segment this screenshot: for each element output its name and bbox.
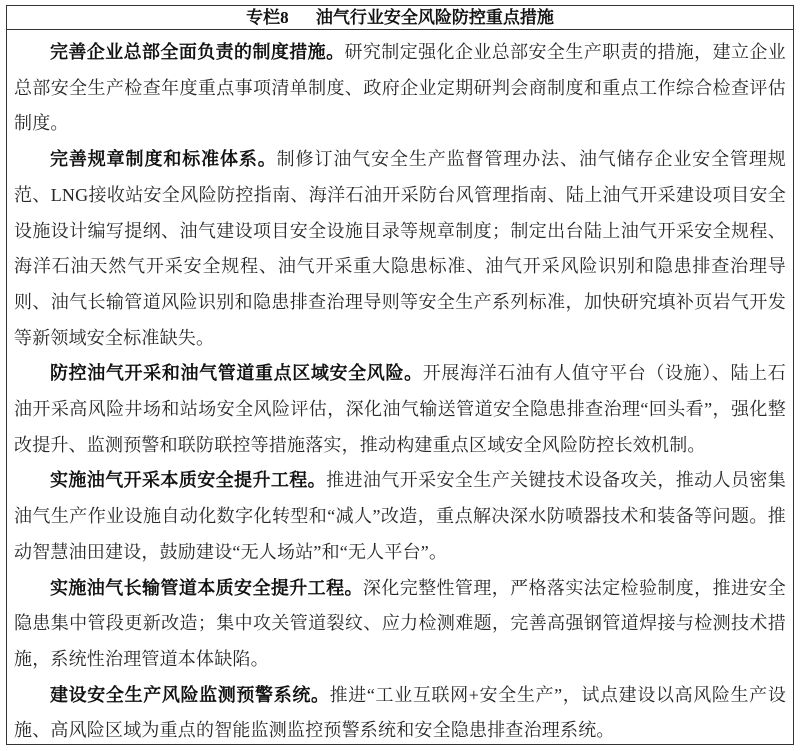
document-page: 专栏8油气行业安全风险防控重点措施 完善企业总部全面负责的制度措施。研究制定强化…	[0, 0, 800, 751]
paragraph: 防控油气开采和油气管道重点区域安全风险。开展海洋石油有人值守平台（设施）、陆上石…	[14, 356, 786, 463]
box-title-text: 油气行业安全风险防控重点措施	[316, 8, 554, 27]
paragraph-lead: 防控油气开采和油气管道重点区域安全风险。	[50, 363, 423, 383]
paragraph-lead: 实施油气开采本质安全提升工程。	[50, 470, 326, 490]
box-body: 完善企业总部全面负责的制度措施。研究制定强化企业总部安全生产职责的措施，建立企业…	[7, 30, 793, 744]
paragraph-lead: 完善企业总部全面负责的制度措施。	[50, 42, 344, 62]
paragraph: 完善企业总部全面负责的制度措施。研究制定强化企业总部安全生产职责的措施，建立企业…	[14, 35, 786, 142]
paragraph: 实施油气开采本质安全提升工程。推进油气开采安全生产关键技术设备攻关，推动人员密集…	[14, 463, 786, 570]
paragraph-lead: 完善规章制度和标准体系。	[50, 149, 277, 169]
paragraph-lead: 实施油气长输管道本质安全提升工程。	[50, 578, 363, 598]
paragraph-lead: 建设安全生产风险监测预警系统。	[50, 685, 330, 705]
paragraph: 建设安全生产风险监测预警系统。推进“工业互联网+安全生产”，试点建设以高风险生产…	[14, 678, 786, 744]
column-box: 专栏8油气行业安全风险防控重点措施 完善企业总部全面负责的制度措施。研究制定强化…	[6, 5, 794, 745]
paragraph: 完善规章制度和标准体系。制修订油气安全生产监督管理办法、油气储存企业安全管理规范…	[14, 142, 786, 356]
box-title-label: 专栏8	[246, 8, 289, 27]
box-title: 专栏8油气行业安全风险防控重点措施	[7, 6, 793, 30]
paragraph-body: 制修订油气安全生产监督管理办法、油气储存企业安全管理规范、LNG接收站安全风险防…	[14, 149, 786, 348]
paragraph: 实施油气长输管道本质安全提升工程。深化完整性管理，严格落实法定检验制度，推进安全…	[14, 571, 786, 678]
